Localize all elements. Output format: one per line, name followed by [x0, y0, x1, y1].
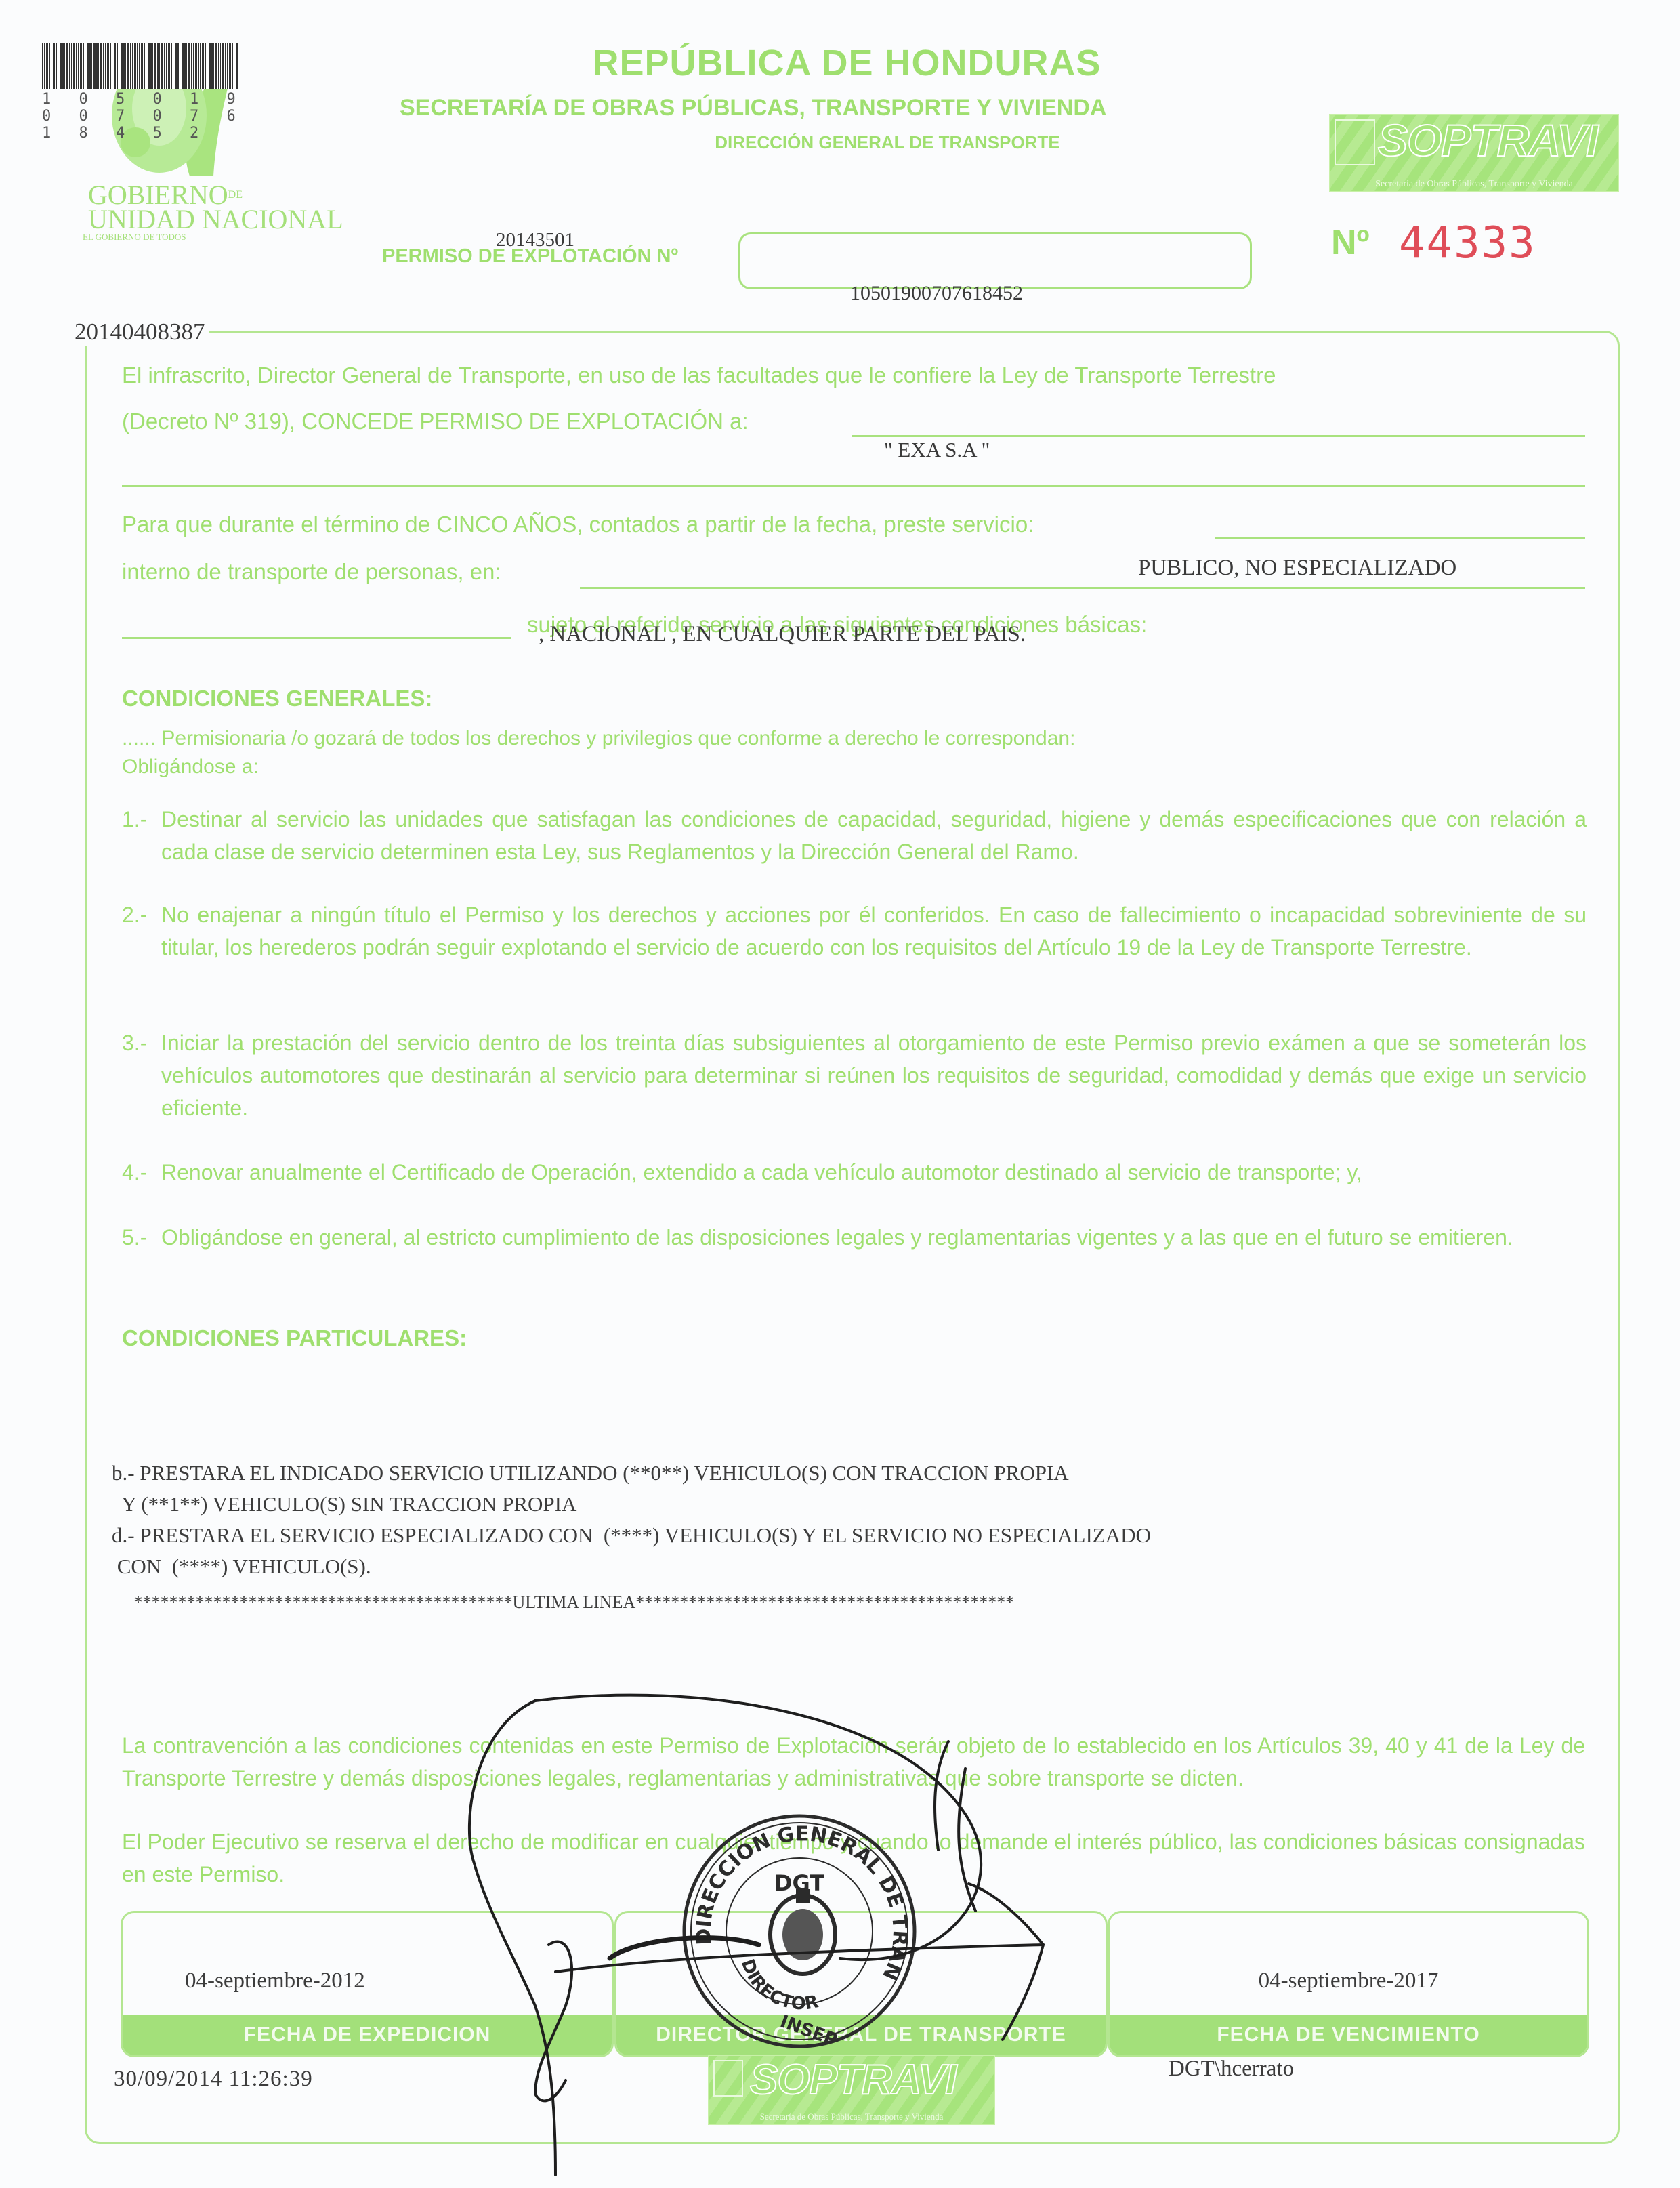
expiry-date-value: 04-septiembre-2017 — [1110, 1968, 1587, 1994]
general-conditions-heading: CONDICIONES GENERALES: — [122, 686, 432, 711]
condition-4-text: Renovar anualmente el Certificado de Ope… — [161, 1156, 1587, 1189]
print-timestamp: 30/09/2014 11:26:39 — [114, 2067, 313, 2092]
particular-line-4: CON (****) VEHICULO(S). — [112, 1554, 371, 1579]
coat-of-arms-icon — [770, 1889, 835, 1974]
soptravi-subtitle: Secretaría de Obras Públicas, Transporte… — [709, 2111, 994, 2122]
term-line: Para que durante el término de CINCO AÑO… — [122, 508, 1034, 541]
last-line-marker: ****************************************… — [112, 1592, 1014, 1613]
particular-line-3: d.- PRESTARA EL SERVICIO ESPECIALIZADO C… — [112, 1523, 1151, 1548]
general-preamble-1: ...... Permisionaria /o gozará de todos … — [122, 722, 1075, 755]
record-id: 20140408387 — [75, 318, 209, 346]
official-stamp: DIRECCION GENERAL DE TRANSPORTE DGT DIRE… — [677, 1809, 921, 2053]
condition-3-text: Iniciar la prestación del servicio dentr… — [161, 1027, 1587, 1124]
condition-2-text: No enajenar a ningún título el Permiso y… — [161, 899, 1587, 964]
serial-label: Nº — [1331, 222, 1370, 263]
soptravi-wordmark: SOPTRAVI — [1378, 115, 1597, 165]
gov-logo-motto: EL GOBIERNO DE TODOS — [83, 232, 186, 243]
grantee-name: " EXA S.A " — [884, 434, 990, 466]
soptravi-logo-footer: SOPTRAVI Secretaría de Obras Públicas, T… — [708, 2055, 995, 2125]
particular-line-1: b.- PRESTARA EL INDICADO SERVICIO UTILIZ… — [112, 1461, 1069, 1485]
gov-logo-line2: UNIDAD NACIONAL — [88, 204, 343, 234]
svg-text:DIRECTOR: DIRECTOR — [737, 1956, 820, 2014]
condition-4-number: 4.- — [122, 1156, 147, 1189]
service-type-line — [580, 587, 1585, 589]
serial-number: 44333 — [1399, 218, 1536, 268]
document-title: REPÚBLICA DE HONDURAS — [0, 42, 1680, 84]
intro-line-1: El infrascrito, Director General de Tran… — [122, 359, 1276, 392]
expiry-date-box: 04-septiembre-2017 FECHA DE VENCIMIENTO — [1108, 1911, 1589, 2057]
soptravi-wordmark: SOPTRAVI — [750, 2056, 956, 2105]
issue-date-value: 04-septiembre-2012 — [123, 1968, 612, 1994]
permit-number-field — [738, 232, 1252, 289]
permit-code: 10501900707618452 — [850, 282, 1023, 305]
condition-5-number: 5.- — [122, 1221, 147, 1254]
soptravi-emblem-icon — [1335, 119, 1375, 165]
particular-conditions-heading: CONDICIONES PARTICULARES: — [122, 1325, 467, 1351]
issue-date-label: FECHA DE EXPEDICION — [123, 2015, 612, 2055]
permit-label: PERMISO DE EXPLOTACIÓN Nº — [382, 245, 678, 268]
service-line: interno de transporte de personas, en: — [122, 556, 501, 588]
condition-5-text: Obligándose en general, al estricto cump… — [161, 1221, 1587, 1254]
service-type: PUBLICO, NO ESPECIALIZADO — [1138, 552, 1456, 584]
scope-blank-line — [122, 637, 511, 639]
expiry-date-label: FECHA DE VENCIMIENTO — [1110, 2015, 1587, 2055]
gov-logo-sup: DE — [228, 189, 243, 201]
stamp-inner-text: DIRECTOR — [737, 1956, 820, 2014]
soptravi-emblem-icon — [713, 2060, 743, 2097]
condition-2-number: 2.- — [122, 899, 147, 931]
issue-date-box: 04-septiembre-2012 FECHA DE EXPEDICION — [121, 1911, 614, 2057]
general-preamble-2: Obligándose a: — [122, 751, 259, 783]
intro-line-2: (Decreto Nº 319), CONCEDE PERMISO DE EXP… — [122, 405, 749, 438]
grantee-line-2 — [122, 485, 1585, 487]
soptravi-subtitle: Secretaría de Obras Públicas, Transporte… — [1330, 179, 1618, 190]
condition-1-text: Destinar al servicio las unidades que sa… — [161, 803, 1587, 868]
soptravi-logo: SOPTRAVI Secretaría de Obras Públicas, T… — [1329, 114, 1619, 192]
service-scope: , NACIONAL , EN CUALQUIER PARTE DEL PAIS… — [539, 618, 1026, 651]
issuing-user: DGT\hcerrato — [1169, 2057, 1294, 2082]
ministry-title: SECRETARÍA DE OBRAS PÚBLICAS, TRANSPORTE… — [400, 95, 1106, 121]
condition-1-number: 1.- — [122, 803, 147, 835]
gov-logo-name: GOBIERNODE UNIDAD NACIONAL — [88, 183, 343, 232]
condition-3-number: 3.- — [122, 1027, 147, 1059]
contravention-paragraph: La contravención a las condiciones conte… — [122, 1729, 1585, 1794]
particular-line-2: Y (**1**) VEHICULO(S) SIN TRACCION PROPI… — [112, 1492, 576, 1516]
service-blank-line — [1215, 537, 1585, 539]
